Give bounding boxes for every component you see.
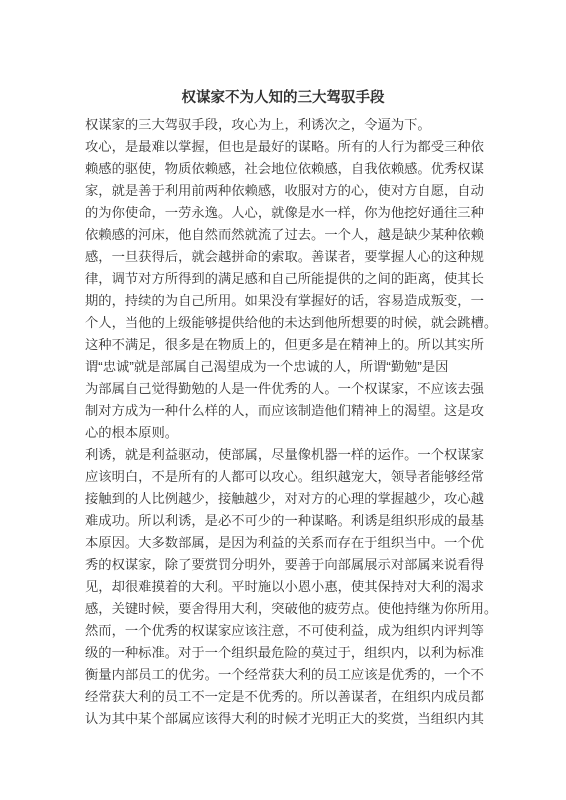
article-body: 权谋家的三大驾驭手段，攻心为上，利诱次之，令逼为下。 攻心，是最难以掌握，但也是…: [85, 114, 485, 730]
text-line: 依赖感的河床，他自然而然就流了过去。一个人，越是缺少某种依赖: [85, 224, 485, 246]
text-line: 为部属自己觉得勤勉的人是一件优秀的人。一个权谋家，不应该去强: [85, 378, 485, 400]
text-line: 然而，一个优秀的权谋家应该注意，不可使利益，成为组织内评判等: [85, 620, 485, 642]
paragraph-intro: 权谋家的三大驾驭手段，攻心为上，利诱次之，令逼为下。: [85, 114, 485, 136]
text-line: 家，就是善于利用前两种依赖感，收服对方的心，使对方自愿，自动: [85, 180, 485, 202]
text-line: 期的，持续的为自己所用。如果没有掌握好的话，容易造成叛变，一: [85, 290, 485, 312]
text-line: 权谋家的三大驾驭手段，攻心为上，利诱次之，令逼为下。: [85, 114, 485, 136]
text-line: 感，关键时候，要舍得用大利，突破他的疲劳点。使他持继为你所用。: [85, 598, 485, 620]
text-line: 心的根本原则。: [85, 422, 485, 444]
text-line: 接触到的人比例越少，接触越少，对对方的心理的掌握越少，攻心越: [85, 488, 485, 510]
text-line: 攻心，是最难以掌握，但也是最好的谋略。所有的人行为都受三种依: [85, 136, 485, 158]
text-line: 见，却很难摸着的大利。平时施以小恩小惠，使其保持对大利的渴求: [85, 576, 485, 598]
paragraph-liyou: 利诱，就是利益驱动，使部属，尽量像机器一样的运作。一个权谋家应该明白，不是所有的…: [85, 444, 485, 730]
text-line: 经常获大利的员工不一定是不优秀的。所以善谋者，在组织内成员都: [85, 686, 485, 708]
text-line: 这种不满足，很多是在物质上的，但更多是在精神上的。所以其实所: [85, 334, 485, 356]
text-line: 本原因。大多数部属，是因为利益的关系而存在于组织当中。一个优: [85, 532, 485, 554]
document-page: 权谋家不为人知的三大驾驭手段 权谋家的三大驾驭手段，攻心为上，利诱次之，令逼为下…: [0, 0, 566, 800]
text-line: 个人，当他的上级能够提供给他的未达到他所想要的时候，就会跳槽。: [85, 312, 485, 334]
text-line: 秀的权谋家，除了要赏罚分明外，要善于向部属展示对部属来说看得: [85, 554, 485, 576]
text-line: 赖感的驱使，物质依赖感，社会地位依赖感，自我依赖感。优秀权谋: [85, 158, 485, 180]
text-line: 律，调节对方所得到的满足感和自己所能提供的之间的距离，使其长: [85, 268, 485, 290]
text-line: 应该明白，不是所有的人都可以攻心。组织越宠大，领导者能够经常: [85, 466, 485, 488]
text-line: 利诱，就是利益驱动，使部属，尽量像机器一样的运作。一个权谋家: [85, 444, 485, 466]
text-line: 衡量内部员工的优劣。一个经常获大利的员工应该是优秀的，一个不: [85, 664, 485, 686]
text-line: 难成功。所以利诱，是必不可少的一种谋略。利诱是组织形成的最基: [85, 510, 485, 532]
text-line: 认为其中某个部属应该得大利的时候才光明正大的奖赏，当组织内其: [85, 708, 485, 730]
text-line: 的为你使命，一劳永逸。人心，就像是水一样，你为他挖好通往三种: [85, 202, 485, 224]
text-line: 感，一旦获得后，就会越拼命的索取。善谋者，要掌握人心的这种规: [85, 246, 485, 268]
text-line: 制对方成为一种什么样的人，而应该制造他们精神上的渴望。这是攻: [85, 400, 485, 422]
paragraph-gongxin: 攻心，是最难以掌握，但也是最好的谋略。所有的人行为都受三种依赖感的驱使，物质依赖…: [85, 136, 485, 444]
text-line: 级的一种标准。对于一个组织最危险的莫过于，组织内，以利为标准: [85, 642, 485, 664]
text-line: 谓“忠诚”就是部属自己渴望成为一个忠诚的人，所谓“勤勉”是因: [85, 356, 485, 378]
article-title: 权谋家不为人知的三大驾驭手段: [0, 89, 566, 107]
